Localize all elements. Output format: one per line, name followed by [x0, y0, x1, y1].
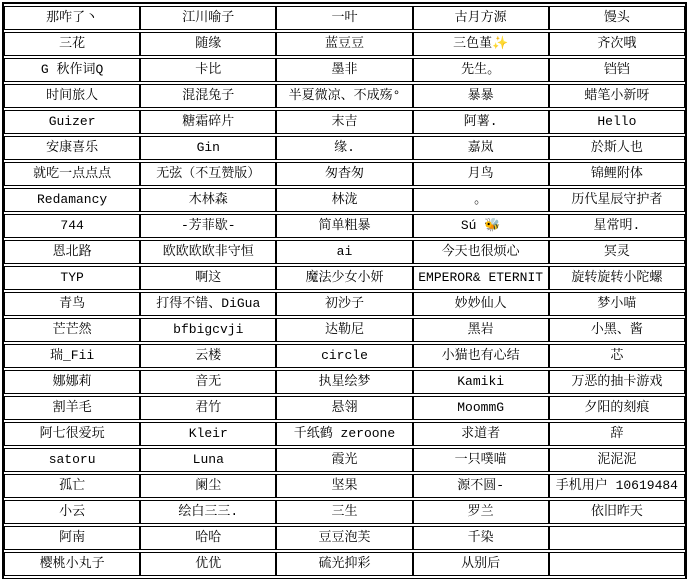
table-cell: 齐次哦: [549, 32, 685, 56]
table-row: 芒芒然bfbigcvji达勒尼黑岩小黑、酱: [4, 318, 685, 342]
table-cell: 樱桃小丸子: [4, 552, 140, 576]
table-cell: 从别后: [413, 552, 549, 576]
table-cell: Luna: [140, 448, 276, 472]
table-cell: Kleir: [140, 422, 276, 446]
table-cell: 阿薯.: [413, 110, 549, 134]
table-row: Guizer糖霜碎片末吉阿薯.Hello: [4, 110, 685, 134]
table-cell: 冥灵: [549, 240, 685, 264]
table-row: 744-芳菲歇-简单粗暴Sú 🐝星常明.: [4, 214, 685, 238]
table-cell: bfbigcvji: [140, 318, 276, 342]
table-cell: 辞: [549, 422, 685, 446]
table-cell: satoru: [4, 448, 140, 472]
table-cell: 执星绘梦: [276, 370, 412, 394]
table-cell: 芒芒然: [4, 318, 140, 342]
table-cell: 半夏微凉、不成殇°: [276, 84, 412, 108]
table-cell: 三花: [4, 32, 140, 56]
table-cell: 随缘: [140, 32, 276, 56]
table-row: 孤亡阑尘坚果源不圆-手机用户 10619484: [4, 474, 685, 498]
table-cell: 时间旅人: [4, 84, 140, 108]
table-cell: TYP: [4, 266, 140, 290]
table-row: 三花随缘蓝豆豆三色堇✨齐次哦: [4, 32, 685, 56]
usernames-table: 那咋了丶江川喻子一叶古月方源馒头三花随缘蓝豆豆三色堇✨齐次哦G 秋作词Q卡比墨非…: [2, 2, 687, 579]
table-cell: 芯: [549, 344, 685, 368]
table-cell: 魔法少女小妍: [276, 266, 412, 290]
table-cell: 蓝豆豆: [276, 32, 412, 56]
table-cell: 霞光: [276, 448, 412, 472]
table-cell: 无弦（不互赞版）: [140, 162, 276, 186]
table-cell: 打得不错、DiGua: [140, 292, 276, 316]
table-cell: Sú 🐝: [413, 214, 549, 238]
table-cell: 先生。: [413, 58, 549, 82]
table-cell: 泥泥泥: [549, 448, 685, 472]
table-cell: Kamiki: [413, 370, 549, 394]
table-cell: 万恶的抽卡游戏: [549, 370, 685, 394]
table-cell: 割羊毛: [4, 396, 140, 420]
table-row: 恩北路欧欧欧欧非守恒ai今天也很烦心冥灵: [4, 240, 685, 264]
table-cell: 哈哈: [140, 526, 276, 550]
table-cell: 於斯人也: [549, 136, 685, 160]
table-cell: 蜡笔小新呀: [549, 84, 685, 108]
table-cell: 暴暴: [413, 84, 549, 108]
table-cell: 。: [413, 188, 549, 212]
table-cell: 豆豆泡芙: [276, 526, 412, 550]
table-cell: 坚果: [276, 474, 412, 498]
table-cell: 源不圆-: [413, 474, 549, 498]
table-cell: 糖霜碎片: [140, 110, 276, 134]
table-cell: 小云: [4, 500, 140, 524]
table-row: satoruLuna霞光一只噗喵泥泥泥: [4, 448, 685, 472]
names-table-body: 那咋了丶江川喻子一叶古月方源馒头三花随缘蓝豆豆三色堇✨齐次哦G 秋作词Q卡比墨非…: [4, 6, 685, 576]
table-cell: 梦小喵: [549, 292, 685, 316]
table-cell: 瑞_Fii: [4, 344, 140, 368]
table-row: 娜娜莉音无执星绘梦Kamiki万恶的抽卡游戏: [4, 370, 685, 394]
table-cell: 小猫也有心结: [413, 344, 549, 368]
table-row: 青鸟打得不错、DiGua初沙子妙妙仙人梦小喵: [4, 292, 685, 316]
table-row: 小云绘白三三.三生罗兰依旧昨天: [4, 500, 685, 524]
table-cell: 孤亡: [4, 474, 140, 498]
table-cell: 啊这: [140, 266, 276, 290]
table-cell: 安康喜乐: [4, 136, 140, 160]
table-cell: 一只噗喵: [413, 448, 549, 472]
table-cell: ai: [276, 240, 412, 264]
table-row: 樱桃小丸子优优硫光抑彩从别后: [4, 552, 685, 576]
table-row: 瑞_Fii云楼circle小猫也有心结芯: [4, 344, 685, 368]
table-cell: 罗兰: [413, 500, 549, 524]
table-row: Redamancy木林森林泷。历代星辰守护者: [4, 188, 685, 212]
table-cell: G 秋作词Q: [4, 58, 140, 82]
table-cell: 求道者: [413, 422, 549, 446]
table-cell: 旋转旋转小陀螺: [549, 266, 685, 290]
table-cell: [549, 526, 685, 550]
table-cell: 混混兔子: [140, 84, 276, 108]
table-cell: 卡比: [140, 58, 276, 82]
table-cell: MoommG: [413, 396, 549, 420]
table-cell: 古月方源: [413, 6, 549, 30]
table-cell: 锦鲤附体: [549, 162, 685, 186]
table-row: 割羊毛君竹悬翎MoommG夕阳的刻痕: [4, 396, 685, 420]
table-cell: 妙妙仙人: [413, 292, 549, 316]
table-cell: 一叶: [276, 6, 412, 30]
table-cell: Redamancy: [4, 188, 140, 212]
table-cell: 恩北路: [4, 240, 140, 264]
table-row: G 秋作词Q卡比墨非先生。铛铛: [4, 58, 685, 82]
table-cell: 林泷: [276, 188, 412, 212]
table-row: 时间旅人混混兔子半夏微凉、不成殇°暴暴蜡笔小新呀: [4, 84, 685, 108]
table-cell: 月鸟: [413, 162, 549, 186]
table-cell: 千纸鹤 zeroone: [276, 422, 412, 446]
table-cell: 简单粗暴: [276, 214, 412, 238]
table-cell: Guizer: [4, 110, 140, 134]
table-cell: 君竹: [140, 396, 276, 420]
page: 那咋了丶江川喻子一叶古月方源馒头三花随缘蓝豆豆三色堇✨齐次哦G 秋作词Q卡比墨非…: [0, 0, 689, 579]
table-cell: 悬翎: [276, 396, 412, 420]
table-cell: 就吃一点点点: [4, 162, 140, 186]
table-cell: 馒头: [549, 6, 685, 30]
table-cell: 744: [4, 214, 140, 238]
table-cell: 那咋了丶: [4, 6, 140, 30]
table-cell: 嘉岚: [413, 136, 549, 160]
table-cell: Gin: [140, 136, 276, 160]
table-cell: 铛铛: [549, 58, 685, 82]
table-cell: 缘.: [276, 136, 412, 160]
table-row: 那咋了丶江川喻子一叶古月方源馒头: [4, 6, 685, 30]
table-row: 阿七很爱玩Kleir千纸鹤 zeroone求道者辞: [4, 422, 685, 446]
table-cell: 阑尘: [140, 474, 276, 498]
table-cell: EMPEROR& ETERNIT: [413, 266, 549, 290]
table-cell: -芳菲歇-: [140, 214, 276, 238]
table-cell: 硫光抑彩: [276, 552, 412, 576]
table-cell: circle: [276, 344, 412, 368]
table-row: 安康喜乐Gin缘.嘉岚於斯人也: [4, 136, 685, 160]
table-cell: 音无: [140, 370, 276, 394]
table-cell: [549, 552, 685, 576]
table-cell: 墨非: [276, 58, 412, 82]
table-cell: 娜娜莉: [4, 370, 140, 394]
table-cell: 小黑、酱: [549, 318, 685, 342]
table-cell: 夕阳的刻痕: [549, 396, 685, 420]
table-cell: 三生: [276, 500, 412, 524]
table-cell: 匆杳匆: [276, 162, 412, 186]
table-cell: 三色堇✨: [413, 32, 549, 56]
table-cell: Hello: [549, 110, 685, 134]
table-cell: 绘白三三.: [140, 500, 276, 524]
table-cell: 星常明.: [549, 214, 685, 238]
table-cell: 依旧昨天: [549, 500, 685, 524]
table-cell: 优优: [140, 552, 276, 576]
table-cell: 阿南: [4, 526, 140, 550]
table-cell: 千染: [413, 526, 549, 550]
table-cell: 阿七很爱玩: [4, 422, 140, 446]
table-cell: 末吉: [276, 110, 412, 134]
table-cell: 黑岩: [413, 318, 549, 342]
table-row: TYP啊这魔法少女小妍EMPEROR& ETERNIT旋转旋转小陀螺: [4, 266, 685, 290]
table-cell: 历代星辰守护者: [549, 188, 685, 212]
table-cell: 初沙子: [276, 292, 412, 316]
table-cell: 达勒尼: [276, 318, 412, 342]
table-cell: 青鸟: [4, 292, 140, 316]
table-cell: 木林森: [140, 188, 276, 212]
table-cell: 手机用户 10619484: [549, 474, 685, 498]
table-cell: 今天也很烦心: [413, 240, 549, 264]
table-cell: 云楼: [140, 344, 276, 368]
table-row: 阿南哈哈豆豆泡芙千染: [4, 526, 685, 550]
table-cell: 江川喻子: [140, 6, 276, 30]
table-cell: 欧欧欧欧非守恒: [140, 240, 276, 264]
table-row: 就吃一点点点无弦（不互赞版）匆杳匆月鸟锦鲤附体: [4, 162, 685, 186]
